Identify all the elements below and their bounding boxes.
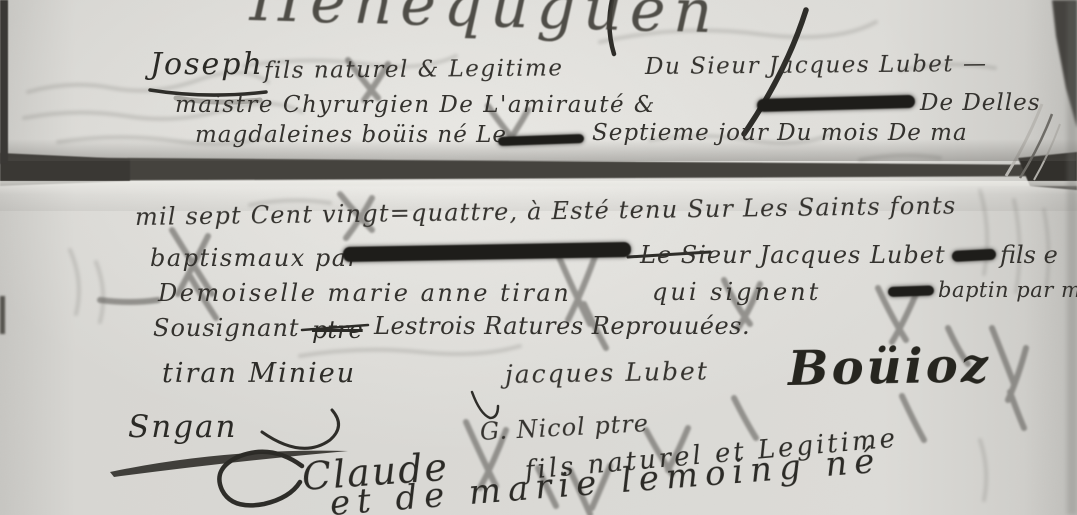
record-line1: fils naturel & Legitime: [264, 57, 564, 83]
strike-mark-line5-small: [952, 249, 997, 262]
record-line5: baptismaux par: [150, 246, 361, 270]
record-line3-right: Septieme jour Du mois De ma: [592, 122, 968, 145]
strike-mark-line5-large: [343, 242, 631, 262]
page-edge-right: [1067, 0, 1077, 515]
record-line-child-name: Joseph: [150, 50, 264, 80]
record-line2-right: De Delles: [920, 92, 1041, 115]
record-line5-mid: Le Sieur Jacques Lubet: [640, 243, 946, 267]
record-line7-struck-word: ptre: [312, 318, 363, 342]
record-line7: Sousignant: [153, 316, 300, 340]
record-line6-right: baptin par moy: [938, 280, 1077, 301]
strike-mark-line6: [888, 285, 934, 297]
record-line1-right: Du Sieur Jacques Lubet —: [645, 53, 988, 79]
strike-mark-line2: [757, 95, 915, 112]
header-scrawl: Henequguen: [249, 0, 721, 42]
record-line3: magdaleines boüis né Le: [195, 124, 507, 147]
page-edge-left-mark: [0, 296, 5, 334]
signature-tiran-minieu: tiran Minieu: [162, 360, 356, 387]
page-scan: Henequguen Joseph fils naturel & Legitim…: [0, 0, 1077, 515]
signature-sngan: Sngan: [128, 412, 238, 443]
page-edge-left: [0, 0, 8, 164]
record-line5-right: fils e: [1000, 243, 1058, 267]
record-line7-right: Lestrois Ratures Reprouuées.: [374, 314, 750, 338]
record-line6: Demoiselle marie anne tiran: [158, 281, 571, 305]
signature-bouioz: Boüioz: [788, 341, 992, 393]
signature-nicol-ptre: G. Nicol ptre: [479, 411, 649, 444]
record-line2: maistre Chyrurgien De L'amirauté &: [175, 94, 656, 117]
signature-jacques-lubet: jacques Lubet: [505, 358, 709, 387]
record-line6-mid: qui signent: [652, 280, 821, 304]
